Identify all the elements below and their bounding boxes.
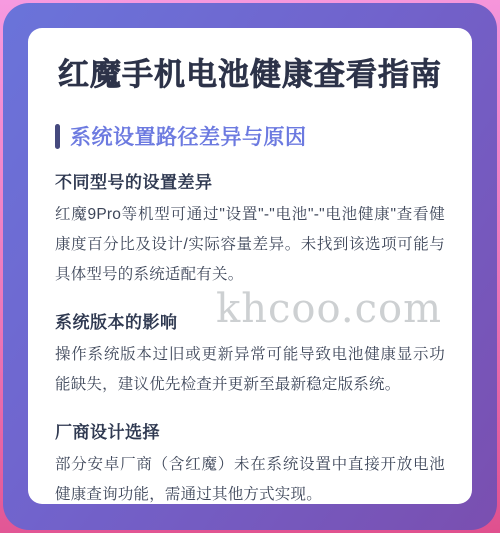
subsection-heading: 不同型号的设置差异	[55, 168, 445, 193]
guide-item: 不同型号的设置差异 红魔9Pro等机型可通过"设置"-"电池"-"电池健康"查看…	[55, 168, 445, 290]
content-card: 红魔手机电池健康查看指南 系统设置路径差异与原因 不同型号的设置差异 红魔9Pr…	[28, 28, 472, 504]
subsection-body: 红魔9Pro等机型可通过"设置"-"电池"-"电池健康"查看健康度百分比及设计/…	[55, 200, 445, 290]
subsection-body: 操作系统版本过旧或更新异常可能导致电池健康显示功能缺失，建议优先检查并更新至最新…	[55, 340, 445, 400]
guide-item: 系统版本的影响 操作系统版本过旧或更新异常可能导致电池健康显示功能缺失，建议优先…	[55, 308, 445, 400]
subsection-heading: 厂商设计选择	[55, 418, 445, 443]
subsection-heading: 系统版本的影响	[55, 308, 445, 333]
page-title: 红魔手机电池健康查看指南	[55, 55, 445, 95]
section-accent-bar	[55, 124, 60, 149]
section-title: 系统设置路径差异与原因	[70, 121, 307, 151]
guide-item: 厂商设计选择 部分安卓厂商（含红魔）未在系统设置中直接开放电池健康查询功能，需通…	[55, 418, 445, 504]
section-header: 系统设置路径差异与原因	[55, 121, 445, 151]
subsection-body: 部分安卓厂商（含红魔）未在系统设置中直接开放电池健康查询功能，需通过其他方式实现…	[55, 450, 445, 504]
page-background: 红魔手机电池健康查看指南 系统设置路径差异与原因 不同型号的设置差异 红魔9Pr…	[0, 0, 500, 533]
gradient-frame: 红魔手机电池健康查看指南 系统设置路径差异与原因 不同型号的设置差异 红魔9Pr…	[3, 3, 497, 530]
